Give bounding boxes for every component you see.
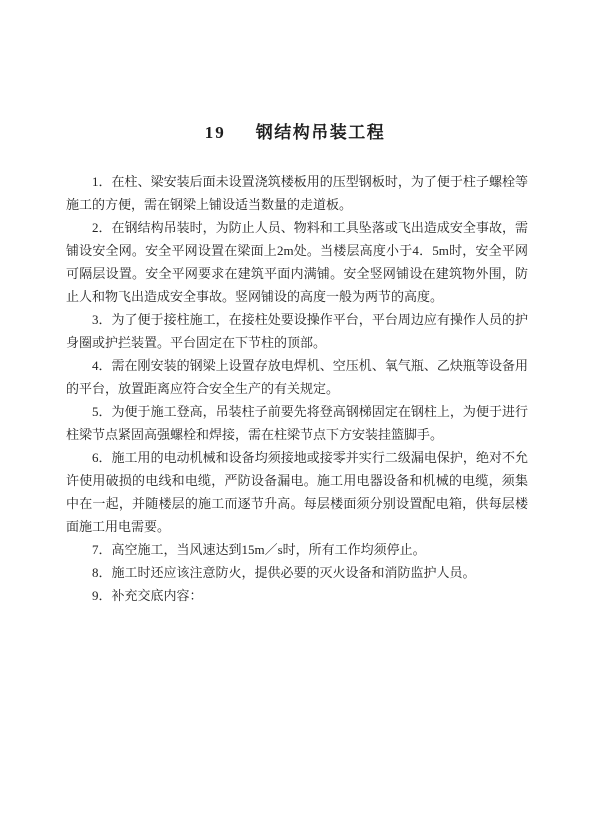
document-body: 1．在柱、梁安装后面未设置浇筑楼板用的压型钢板时，为了便于柱子螺栓等施工的方便，…	[66, 170, 528, 607]
document-page: 19钢结构吊装工程 1．在柱、梁安装后面未设置浇筑楼板用的压型钢板时，为了便于柱…	[0, 0, 590, 835]
paragraph-8: 8．施工时还应该注意防火，提供必要的灭火设备和消防监护人员。	[66, 561, 528, 584]
paragraph-7: 7．高空施工，当风速达到15m／s时，所有工作均须停止。	[66, 538, 528, 561]
paragraph-3: 3．为了便于接柱施工，在接柱处要设操作平台，平台周边应有操作人员的护身圈或护拦装…	[66, 308, 528, 354]
chapter-title: 钢结构吊装工程	[256, 123, 386, 142]
chapter-number: 19	[205, 123, 226, 142]
paragraph-9: 9．补充交底内容：	[66, 584, 528, 607]
paragraph-2: 2．在钢结构吊装时，为防止人员、物料和工具坠落或飞出造成安全事故，需铺设安全网。…	[66, 216, 528, 308]
paragraph-6: 6．施工用的电动机械和设备均须接地或接零并实行二级漏电保护，绝对不允许使用破损的…	[66, 446, 528, 538]
paragraph-1: 1．在柱、梁安装后面未设置浇筑楼板用的压型钢板时，为了便于柱子螺栓等施工的方便，…	[66, 170, 528, 216]
page-title: 19钢结构吊装工程	[0, 0, 590, 145]
paragraph-4: 4．需在刚安装的钢梁上设置存放电焊机、空压机、氧气瓶、乙炔瓶等设备用的平台，放置…	[66, 354, 528, 400]
paragraph-5: 5．为便于施工登高，吊装柱子前要先将登高钢梯固定在钢柱上，为便于进行柱梁节点紧固…	[66, 400, 528, 446]
